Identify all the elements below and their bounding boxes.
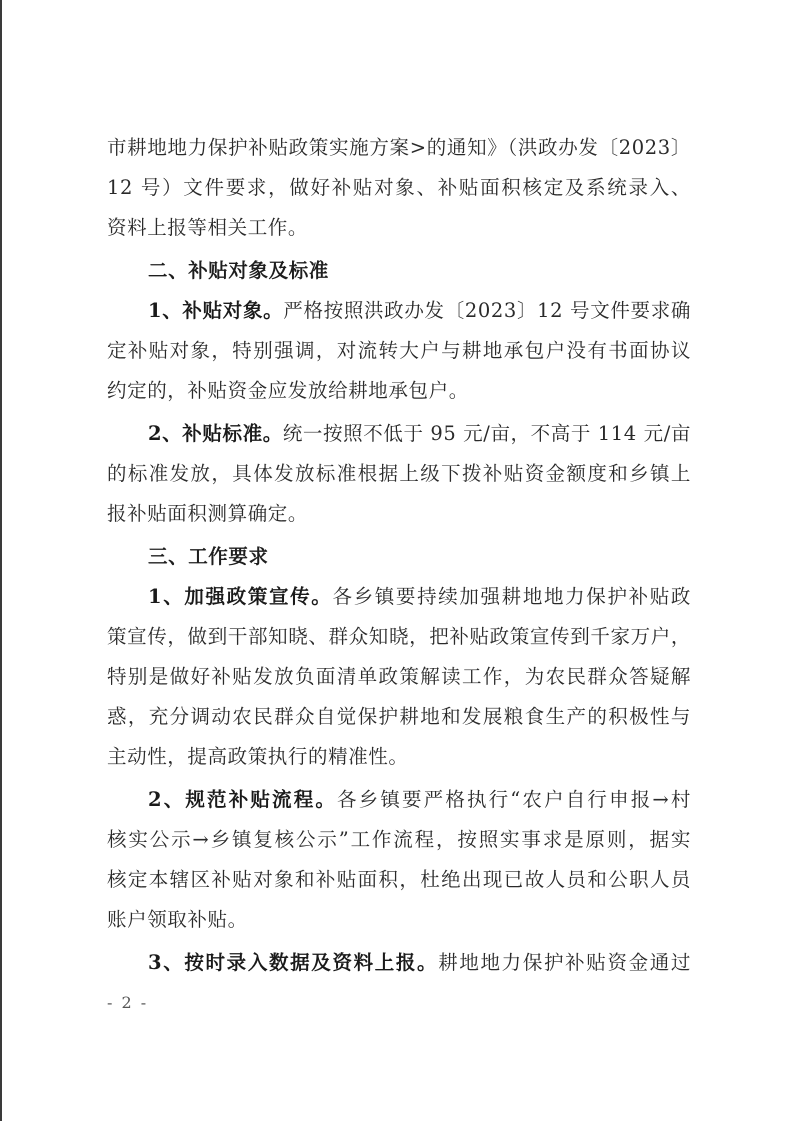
section-heading-3: 三、工作要求 bbox=[107, 537, 691, 577]
paragraph-line: 2、补贴标准。统一按照不低于 95 元/亩，不高于 114 元/亩 bbox=[107, 414, 691, 454]
document-page: 市耕地地力保护补贴政策实施方案>的通知》（洪政办发〔2023〕 12 号）文件要… bbox=[107, 128, 691, 983]
paragraph-line: 市耕地地力保护补贴政策实施方案>的通知》（洪政办发〔2023〕 bbox=[107, 128, 691, 168]
paragraph-line: 核实公示→乡镇复核公示”工作流程，按照实事求是原则，据实 bbox=[107, 820, 691, 860]
item-lead: 2、规范补贴流程。 bbox=[148, 788, 337, 811]
item-text: 严格按照洪政办发〔2023〕12 号文件要求确 bbox=[283, 299, 691, 322]
paragraph-line: 账户领取补贴。 bbox=[107, 900, 691, 940]
paragraph-line: 1、补贴对象。严格按照洪政办发〔2023〕12 号文件要求确 bbox=[107, 291, 691, 331]
item-lead: 2、补贴标准。 bbox=[148, 422, 283, 445]
paragraph-line: 特别是做好补贴发放负面清单政策解读工作，为农民群众答疑解 bbox=[107, 657, 691, 697]
paragraph-line: 约定的，补贴资金应发放给耕地承包户。 bbox=[107, 371, 691, 411]
section-heading-2: 二、补贴对象及标准 bbox=[107, 251, 691, 291]
paragraph-line: 报补贴面积测算确定。 bbox=[107, 494, 691, 534]
paragraph-line: 3、按时录入数据及资料上报。耕地地力保护补贴资金通过 bbox=[107, 943, 691, 983]
paragraph-line: 策宣传，做到干部知晓、群众知晓，把补贴政策宣传到千家万户， bbox=[107, 617, 691, 657]
paragraph-line: 12 号）文件要求，做好补贴对象、补贴面积核定及系统录入、 bbox=[107, 168, 691, 208]
item-text: 统一按照不低于 95 元/亩，不高于 114 元/亩 bbox=[283, 422, 691, 445]
paragraph-line: 主动性，提高政策执行的精准性。 bbox=[107, 737, 691, 777]
page-number: - 2 - bbox=[107, 993, 148, 1012]
item-lead: 3、按时录入数据及资料上报。 bbox=[148, 951, 438, 974]
item-lead: 1、加强政策宣传。 bbox=[148, 585, 332, 608]
item-text: 耕地地力保护补贴资金通过 bbox=[438, 951, 691, 974]
item-lead: 1、补贴对象。 bbox=[148, 299, 283, 322]
paragraph-line: 2、规范补贴流程。各乡镇要严格执行“农户自行申报→村 bbox=[107, 780, 691, 820]
paragraph-line: 核定本辖区补贴对象和补贴面积，杜绝出现已故人员和公职人员 bbox=[107, 860, 691, 900]
paragraph-line: 资料上报等相关工作。 bbox=[107, 208, 691, 248]
paragraph-line: 定补贴对象，特别强调，对流转大户与耕地承包户没有书面协议 bbox=[107, 331, 691, 371]
item-text: 各乡镇要严格执行“农户自行申报→村 bbox=[337, 788, 691, 811]
paragraph-line: 惑，充分调动农民群众自觉保护耕地和发展粮食生产的积极性与 bbox=[107, 697, 691, 737]
paragraph-line: 的标准发放，具体发放标准根据上级下拨补贴资金额度和乡镇上 bbox=[107, 454, 691, 494]
paragraph-line: 1、加强政策宣传。各乡镇要持续加强耕地地力保护补贴政 bbox=[107, 577, 691, 617]
scan-left-border bbox=[0, 0, 2, 1121]
item-text: 各乡镇要持续加强耕地地力保护补贴政 bbox=[332, 585, 691, 608]
